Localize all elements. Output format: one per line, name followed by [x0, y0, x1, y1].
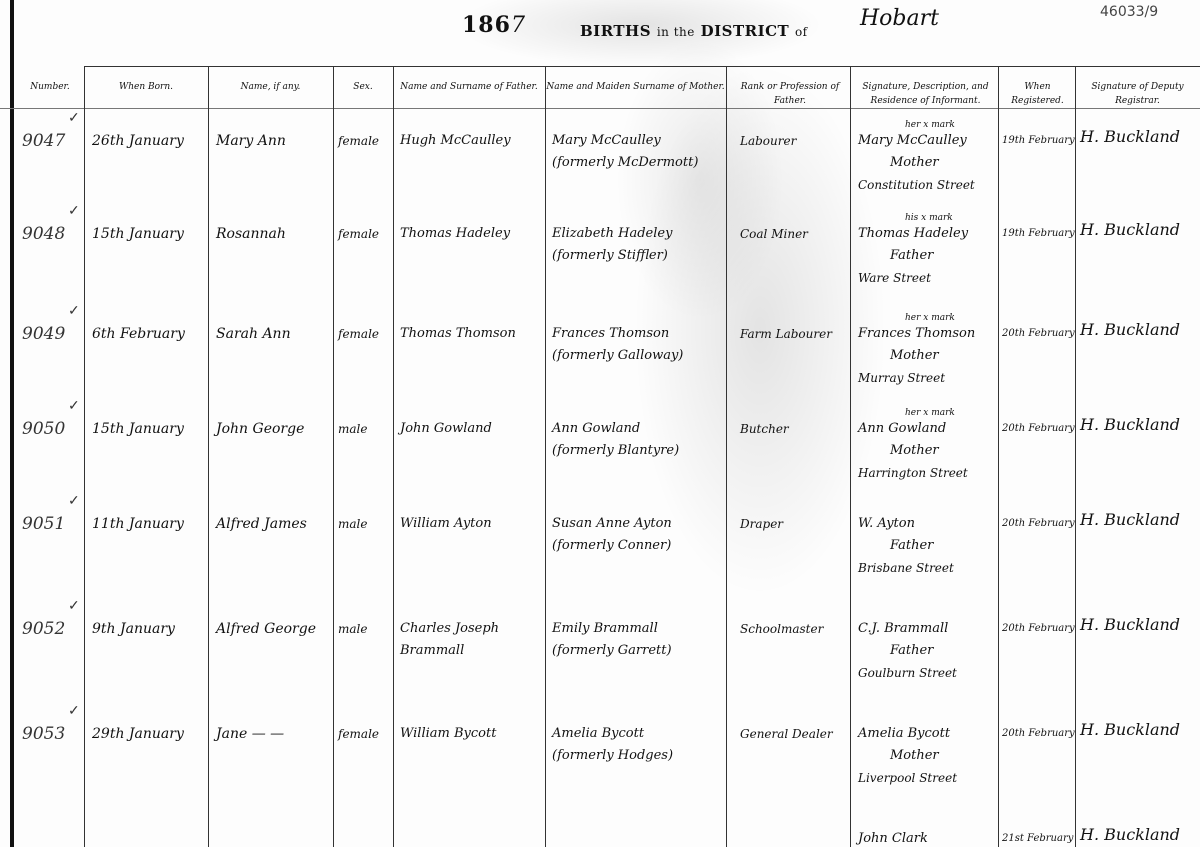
- entry-registered: 19th February: [1002, 130, 1075, 152]
- entry-child-name: Mary Ann: [216, 130, 286, 152]
- entry-child-name: Rosannah: [216, 223, 286, 245]
- entry-mother-maiden: (formerly Garrett): [552, 640, 672, 662]
- entry-informant: W. Ayton: [858, 513, 915, 535]
- entry-informant-residence: Brisbane Street: [858, 557, 954, 579]
- entry-mother: Susan Anne Ayton: [552, 513, 672, 535]
- entry-father-surname: Brammall: [400, 640, 464, 662]
- entry-sex: male: [338, 513, 367, 535]
- entry-informant: C.J. Brammall: [858, 618, 948, 640]
- entry-mother: Frances Thomson: [552, 323, 669, 345]
- entry-when-born: 9th January: [92, 618, 175, 640]
- entry-father: John Gowland: [400, 418, 492, 440]
- entry-informant: Frances Thomson: [858, 323, 975, 345]
- entry-registrar-signature: H. Buckland: [1080, 824, 1180, 846]
- entry-informant-relation: Mother: [890, 745, 939, 767]
- entry-when-born: 11th January: [92, 513, 184, 535]
- column-divider: [84, 66, 85, 847]
- checkmark-icon: ✓: [68, 110, 80, 126]
- entry-child-name: Jane — —: [216, 723, 284, 745]
- entry-mother-maiden: (formerly Blantyre): [552, 440, 679, 462]
- district-name: Hobart: [860, 6, 939, 31]
- entry-registrar-signature: H. Buckland: [1080, 126, 1180, 148]
- entry-number: 9047: [22, 130, 65, 152]
- register-page: 1867 BIRTHS in the DISTRICT of Hobart 46…: [0, 0, 1200, 847]
- column-header-registered: When Registered.: [1005, 80, 1070, 108]
- entry-child-name: Alfred George: [216, 618, 316, 640]
- entry-registrar-signature: H. Buckland: [1080, 319, 1180, 341]
- column-divider: [208, 66, 209, 847]
- entry-profession: General Dealer: [740, 723, 833, 745]
- entry-mother: Emily Brammall: [552, 618, 658, 640]
- entry-father: William Ayton: [400, 513, 492, 535]
- entry-number: 9050: [22, 418, 65, 440]
- column-header-mother: Name and Maiden Surname of Mother.: [545, 80, 726, 94]
- entry-informant: Mary McCaulley: [858, 130, 967, 152]
- checkmark-icon: ✓: [68, 303, 80, 319]
- entry-sex: female: [338, 130, 379, 152]
- binding-edge: [10, 0, 14, 847]
- entry-mother: Elizabeth Hadeley: [552, 223, 672, 245]
- column-divider: [1075, 66, 1076, 847]
- entry-registered: 20th February: [1002, 618, 1075, 640]
- entry-mother-maiden: (formerly Galloway): [552, 345, 683, 367]
- entry-informant-relation: Father: [890, 640, 933, 662]
- entry-informant-residence: Murray Street: [858, 367, 945, 389]
- entry-sex: male: [338, 618, 367, 640]
- entry-informant-residence: Liverpool Street: [858, 767, 957, 789]
- column-header-name: Name, if any.: [208, 80, 333, 94]
- entry-number: 9049: [22, 323, 65, 345]
- entry-registrar-signature: H. Buckland: [1080, 614, 1180, 636]
- entry-profession: Butcher: [740, 418, 789, 440]
- entry-when-born: 26th January: [92, 130, 184, 152]
- checkmark-icon: ✓: [68, 493, 80, 509]
- entry-informant: John Clark: [858, 828, 928, 847]
- entry-number: 9053: [22, 723, 65, 745]
- checkmark-icon: ✓: [68, 203, 80, 219]
- entry-informant-relation: Father: [890, 245, 933, 267]
- entry-profession: Draper: [740, 513, 783, 535]
- entry-informant-residence: Goulburn Street: [858, 662, 957, 684]
- entry-registrar-signature: H. Buckland: [1080, 414, 1180, 436]
- entry-mother-maiden: (formerly Hodges): [552, 745, 673, 767]
- header-bottom-rule: [0, 108, 1200, 109]
- column-header-registrar: Signature of Deputy Registrar.: [1080, 80, 1195, 108]
- entry-informant: Amelia Bycott: [858, 723, 950, 745]
- entry-when-born: 15th January: [92, 418, 184, 440]
- entry-when-born: 6th February: [92, 323, 185, 345]
- entry-child-name: John George: [216, 418, 304, 440]
- entry-profession: Farm Labourer: [740, 323, 832, 345]
- register-year: 1867: [462, 12, 526, 38]
- column-divider: [998, 66, 999, 847]
- entry-father: Hugh McCaulley: [400, 130, 511, 152]
- entry-profession: Coal Miner: [740, 223, 808, 245]
- reference-number: 46033/9: [1100, 4, 1158, 20]
- entry-when-born: 29th January: [92, 723, 184, 745]
- column-header-number: Number.: [20, 80, 80, 94]
- entry-mother-maiden: (formerly McDermott): [552, 152, 698, 174]
- entry-registered: 20th February: [1002, 323, 1075, 345]
- entry-child-name: Alfred James: [216, 513, 307, 535]
- register-title: BIRTHS in the DISTRICT of: [580, 22, 808, 40]
- entry-registrar-signature: H. Buckland: [1080, 719, 1180, 741]
- entry-number: 9051: [22, 513, 65, 535]
- entry-profession: Labourer: [740, 130, 796, 152]
- entry-number: 9052: [22, 618, 65, 640]
- entry-registered: 19th February: [1002, 223, 1075, 245]
- checkmark-icon: ✓: [68, 703, 80, 719]
- entry-father: William Bycott: [400, 723, 496, 745]
- entry-sex: female: [338, 223, 379, 245]
- entry-registrar-signature: H. Buckland: [1080, 509, 1180, 531]
- checkmark-icon: ✓: [68, 398, 80, 414]
- column-header-informant: Signature, Description, and Residence of…: [858, 80, 993, 108]
- entry-number: 9048: [22, 223, 65, 245]
- entry-informant-relation: Father: [890, 535, 933, 557]
- entry-profession: Schoolmaster: [740, 618, 823, 640]
- entry-child-name: Sarah Ann: [216, 323, 291, 345]
- entry-father: Thomas Hadeley: [400, 223, 510, 245]
- entry-when-born: 15th January: [92, 223, 184, 245]
- entry-mother: Ann Gowland: [552, 418, 640, 440]
- table-top-rule: [84, 66, 1200, 67]
- entry-informant-relation: Mother: [890, 440, 939, 462]
- entry-sex: female: [338, 323, 379, 345]
- entry-sex: female: [338, 723, 379, 745]
- column-header-when-born: When Born.: [84, 80, 208, 94]
- entry-informant: Thomas Hadeley: [858, 223, 968, 245]
- entry-informant-relation: Mother: [890, 345, 939, 367]
- entry-registered: 20th February: [1002, 418, 1075, 440]
- column-header-profession: Rank or Profession of Father.: [735, 80, 845, 108]
- column-header-sex: Sex.: [333, 80, 393, 94]
- entry-father: Thomas Thomson: [400, 323, 516, 345]
- column-divider: [333, 66, 334, 847]
- column-header-father: Name and Surname of Father.: [393, 80, 545, 94]
- entry-registered: 20th February: [1002, 513, 1075, 535]
- entry-sex: male: [338, 418, 367, 440]
- column-divider: [726, 66, 727, 847]
- column-divider: [850, 66, 851, 847]
- column-divider: [393, 66, 394, 847]
- entry-registered: 21st February: [1002, 828, 1073, 847]
- checkmark-icon: ✓: [68, 598, 80, 614]
- entry-informant-residence: Ware Street: [858, 267, 931, 289]
- entry-mother-maiden: (formerly Stiffler): [552, 245, 668, 267]
- entry-father: Charles Joseph: [400, 618, 499, 640]
- entry-informant-relation: Mother: [890, 152, 939, 174]
- entry-registered: 20th February: [1002, 723, 1075, 745]
- entry-mother: Amelia Bycott: [552, 723, 644, 745]
- entry-mother-maiden: (formerly Conner): [552, 535, 671, 557]
- entry-registrar-signature: H. Buckland: [1080, 219, 1180, 241]
- entry-mother: Mary McCaulley: [552, 130, 661, 152]
- entry-informant-residence: Harrington Street: [858, 462, 968, 484]
- column-divider: [545, 66, 546, 847]
- entry-informant-residence: Constitution Street: [858, 174, 975, 196]
- entry-informant: Ann Gowland: [858, 418, 946, 440]
